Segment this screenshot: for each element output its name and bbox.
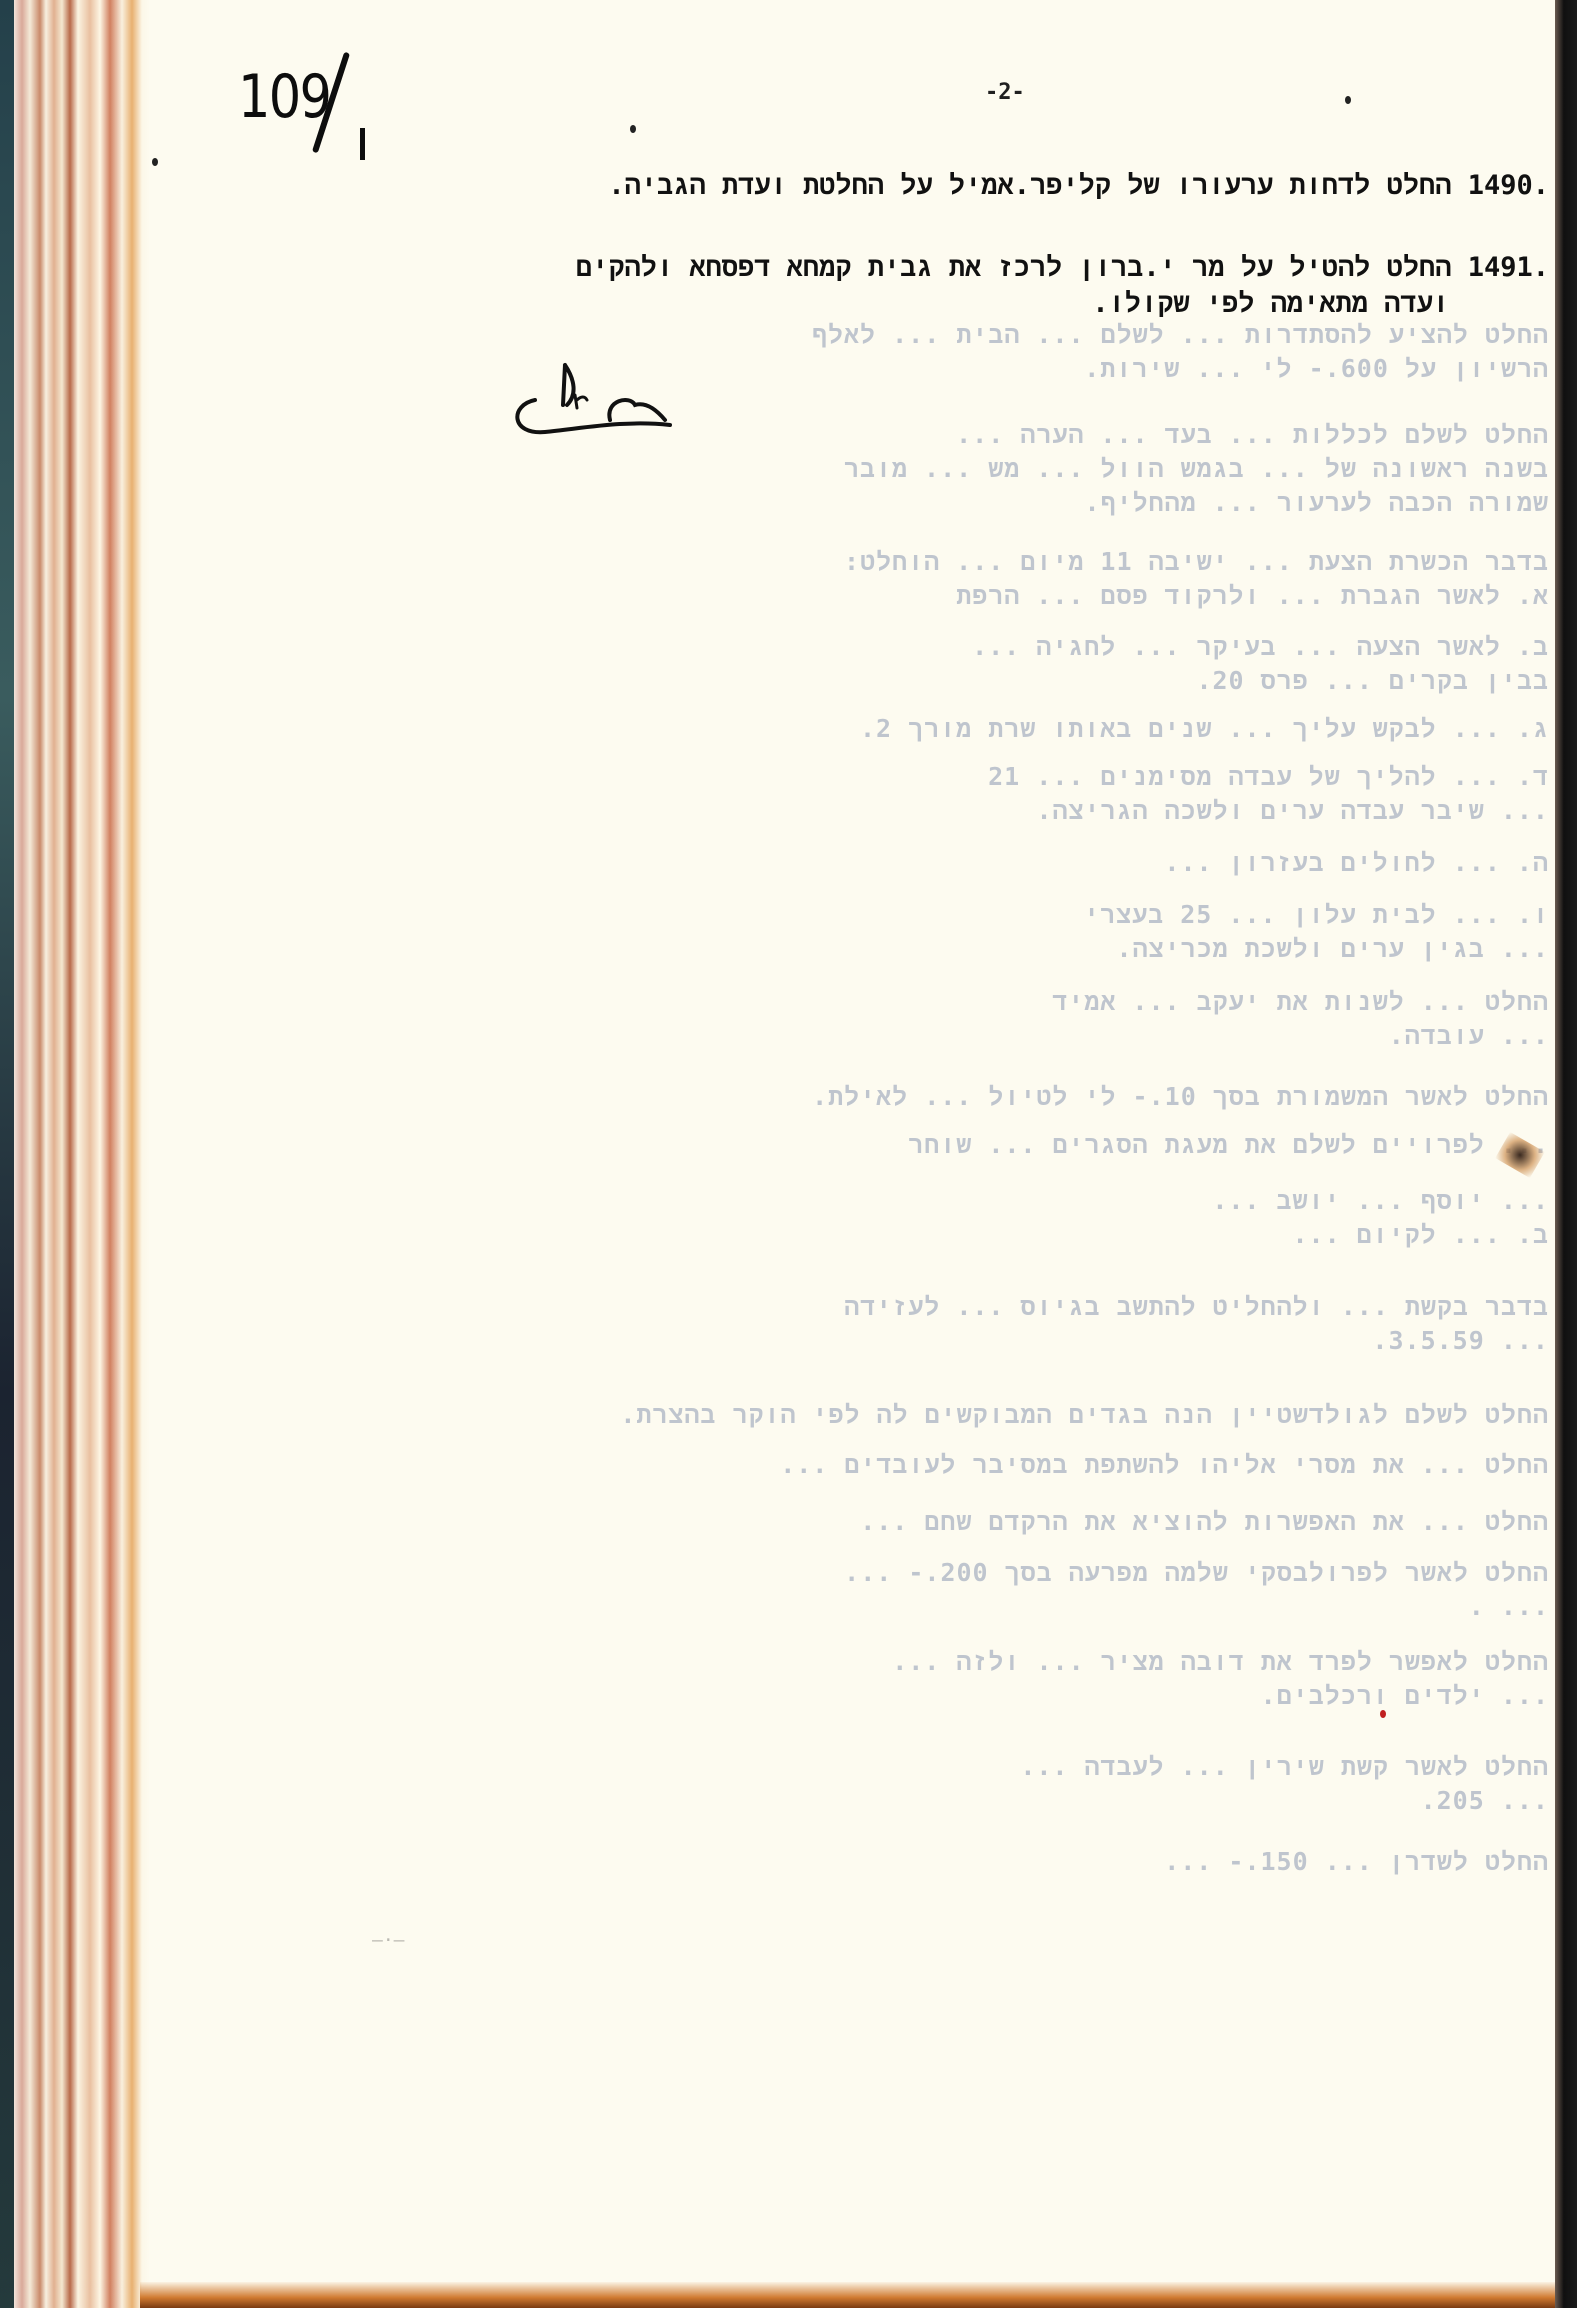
faded-typed-line: ... שיבר עבדה ערים ולשכה הגריצה. bbox=[1036, 794, 1549, 828]
faded-typed-line: החלט לאשר קשת שירין ... לעבדה ... bbox=[1020, 1750, 1549, 1784]
scan-margin bbox=[0, 2308, 1577, 2318]
faded-typed-line: ב. ... לקיום ... bbox=[1292, 1218, 1549, 1252]
faded-typed-line: החלט ... את האפשרות להוציא את הרקדם שחם … bbox=[860, 1505, 1549, 1539]
ink-speck bbox=[630, 125, 636, 133]
faded-typed-line: החלט ... לשנות את יעקב ... אמיד bbox=[1052, 985, 1549, 1019]
ink-speck bbox=[152, 158, 158, 166]
faded-typed-line: החלט לשלם לגולדשטיין הנה בגדים המבוקשים … bbox=[620, 1398, 1549, 1432]
entry-text: החלט לדחות ערעורו של קליפר.אמיל על החלטת… bbox=[608, 170, 1451, 201]
minute-entry: 1490. החלט לדחות ערעורו של קליפר.אמיל על… bbox=[608, 168, 1549, 204]
faded-typed-line: ... בגין ערים ולשכת מכריצה. bbox=[1117, 932, 1549, 966]
entry-text: ועדה מתאימה לפי שקולו. bbox=[1092, 288, 1449, 319]
faded-typed-line: החלט לאפשר לפרד את דובה מציר ... ולזה ..… bbox=[892, 1645, 1549, 1679]
faded-typed-line: ... לפרויים לשלם את מעגת הסגרים ... שוחר bbox=[908, 1128, 1549, 1162]
faded-typed-line: ... עובדה. bbox=[1389, 1019, 1549, 1053]
faded-typed-line: החלט לשלם לכללות ... בעד ... הערה ... bbox=[956, 418, 1549, 452]
faded-typed-line: החלט לאשר לפרולבסקי שלמה מפרעה בסך 200.-… bbox=[844, 1556, 1549, 1590]
ink-speck bbox=[1380, 1710, 1386, 1718]
faded-typed-line: ו. ... לבית עלון ... 25 בעצרי bbox=[1084, 898, 1549, 932]
scan-bottom-edge bbox=[140, 2282, 1555, 2308]
faded-typed-line: הרשיון על 600.- לי ... שירות. bbox=[1084, 352, 1549, 386]
typewritten-page: 1490. החלט לדחות ערעורו של קליפר.אמיל על… bbox=[150, 0, 1555, 2282]
entry-text: החלט להטיל על מר י.ברון לרכז את גבית קמח… bbox=[576, 252, 1452, 283]
faded-typed-line: החלט לשדרן ... 150.- ... bbox=[1164, 1845, 1549, 1879]
scan-right-edge bbox=[1555, 0, 1577, 2318]
faded-typed-line: ג. ... לבקש עליך ... שנים באותו שרת מורך… bbox=[860, 712, 1549, 746]
faded-typed-line: ה. ... לחולים בעזרון ... bbox=[1164, 846, 1549, 880]
faded-typed-line: ... 205. bbox=[1421, 1784, 1549, 1818]
faded-typed-line: בשנה ראשונה של ... בגמש הוול ... מש ... … bbox=[844, 452, 1549, 486]
faded-typed-line: בדבר הכשרת הצעת ... ישיבה 11 מיום ... הו… bbox=[844, 545, 1549, 579]
handwritten-signature bbox=[505, 360, 685, 440]
ink-speck bbox=[1345, 96, 1351, 104]
faded-typed-line: ב. לאשר הצעה ... בעיקר ... לחגיה ... bbox=[972, 630, 1549, 664]
entry-number: 1490. bbox=[1468, 170, 1549, 201]
faded-typed-line: בדבר בקשת ... ולהחליט להתשב בגיוס ... לע… bbox=[844, 1290, 1549, 1324]
faded-typed-line: א. לאשר הגברת ... ולרקוד פסם ... הרפת bbox=[956, 579, 1549, 613]
faded-typed-line: ... 3.5.59. bbox=[1372, 1324, 1549, 1358]
faded-typed-line: החלט ... את מסרי אליהו להשתפת במסיבר לעו… bbox=[780, 1448, 1549, 1482]
faded-typed-line: בבין בקרים ... פרס 20. bbox=[1196, 664, 1549, 698]
faded-typed-line: ... יוסף ... יושב ... bbox=[1212, 1184, 1549, 1218]
faded-typed-line: ... . bbox=[1469, 1590, 1549, 1624]
faded-typed-line: ד. ... להליך של עבדה מסימנים ... 21 bbox=[988, 760, 1549, 794]
minute-entry: 1491. החלט להטיל על מר י.ברון לרכז את גב… bbox=[576, 250, 1549, 322]
faded-typed-line: החלט להציע להסתדרות ... לשלם ... הבית ..… bbox=[812, 318, 1549, 352]
faded-initials: —·— bbox=[372, 1930, 405, 1951]
faded-typed-line: ... ילדים ורכלבים. bbox=[1261, 1679, 1549, 1713]
entry-number: 1491. bbox=[1468, 252, 1549, 283]
page-stack-edge bbox=[0, 0, 150, 2318]
faded-typed-line: החלט לאשר המשמורת בסך 10.- לי לטיול ... … bbox=[812, 1080, 1549, 1114]
faded-typed-line: שמורה הכבה לערעור ... מהחליף. bbox=[1085, 486, 1549, 520]
binding-shadow bbox=[0, 0, 14, 2318]
